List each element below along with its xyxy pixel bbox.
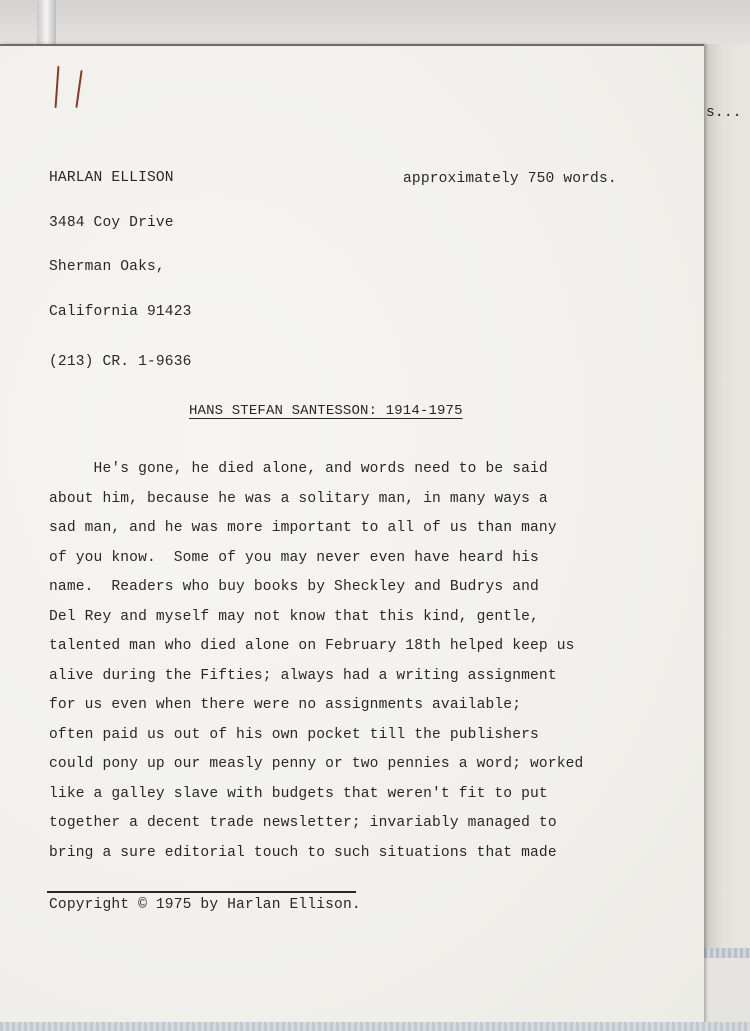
sleeve-tab <box>37 0 56 44</box>
phone-number: (213) CR. 1-9636 <box>49 355 192 370</box>
author-address-block: HARLAN ELLISON 3484 Coy Drive Sherman Oa… <box>49 141 192 400</box>
body-line: for us even when there were no assignmen… <box>49 698 583 728</box>
sleeve-bottom-edge <box>0 1022 750 1031</box>
article-body: He's gone, he died alone, and words need… <box>49 462 583 875</box>
body-line: sad man, and he was more important to al… <box>49 521 583 551</box>
body-line: could pony up our measly penny or two pe… <box>49 757 583 787</box>
article-title: HANS STEFAN SANTESSON: 1914-1975 <box>189 404 463 419</box>
address-state-zip: California 91423 <box>49 305 192 320</box>
body-line: of you know. Some of you may never even … <box>49 551 583 581</box>
body-line: like a galley slave with budgets that we… <box>49 787 583 817</box>
address-city: Sherman Oaks, <box>49 260 192 275</box>
body-line: alive during the Fifties; always had a w… <box>49 669 583 699</box>
sleeve-edge <box>704 948 750 958</box>
body-line: bring a sure editorial touch to such sit… <box>49 846 583 876</box>
address-street: 3484 Coy Drive <box>49 216 192 231</box>
body-line: Del Rey and myself may not know that thi… <box>49 610 583 640</box>
body-line: talented man who died alone on February … <box>49 639 583 669</box>
back-page-fragment: s... <box>706 106 742 121</box>
ink-mark <box>55 66 60 108</box>
ink-mark <box>75 70 82 108</box>
typed-page: HARLAN ELLISON 3484 Coy Drive Sherman Oa… <box>0 44 704 1024</box>
body-line: often paid us out of his own pocket till… <box>49 728 583 758</box>
word-count: approximately 750 words. <box>403 172 617 187</box>
author-name: HARLAN ELLISON <box>49 171 192 186</box>
body-line: name. Readers who buy books by Sheckley … <box>49 580 583 610</box>
copyright-notice: Copyright © 1975 by Harlan Ellison. <box>49 898 361 913</box>
body-line: together a decent trade newsletter; inva… <box>49 816 583 846</box>
body-line: about him, because he was a solitary man… <box>49 492 583 522</box>
body-line: He's gone, he died alone, and words need… <box>49 462 583 492</box>
second-page-edge <box>704 44 750 949</box>
footnote-rule <box>47 891 356 893</box>
